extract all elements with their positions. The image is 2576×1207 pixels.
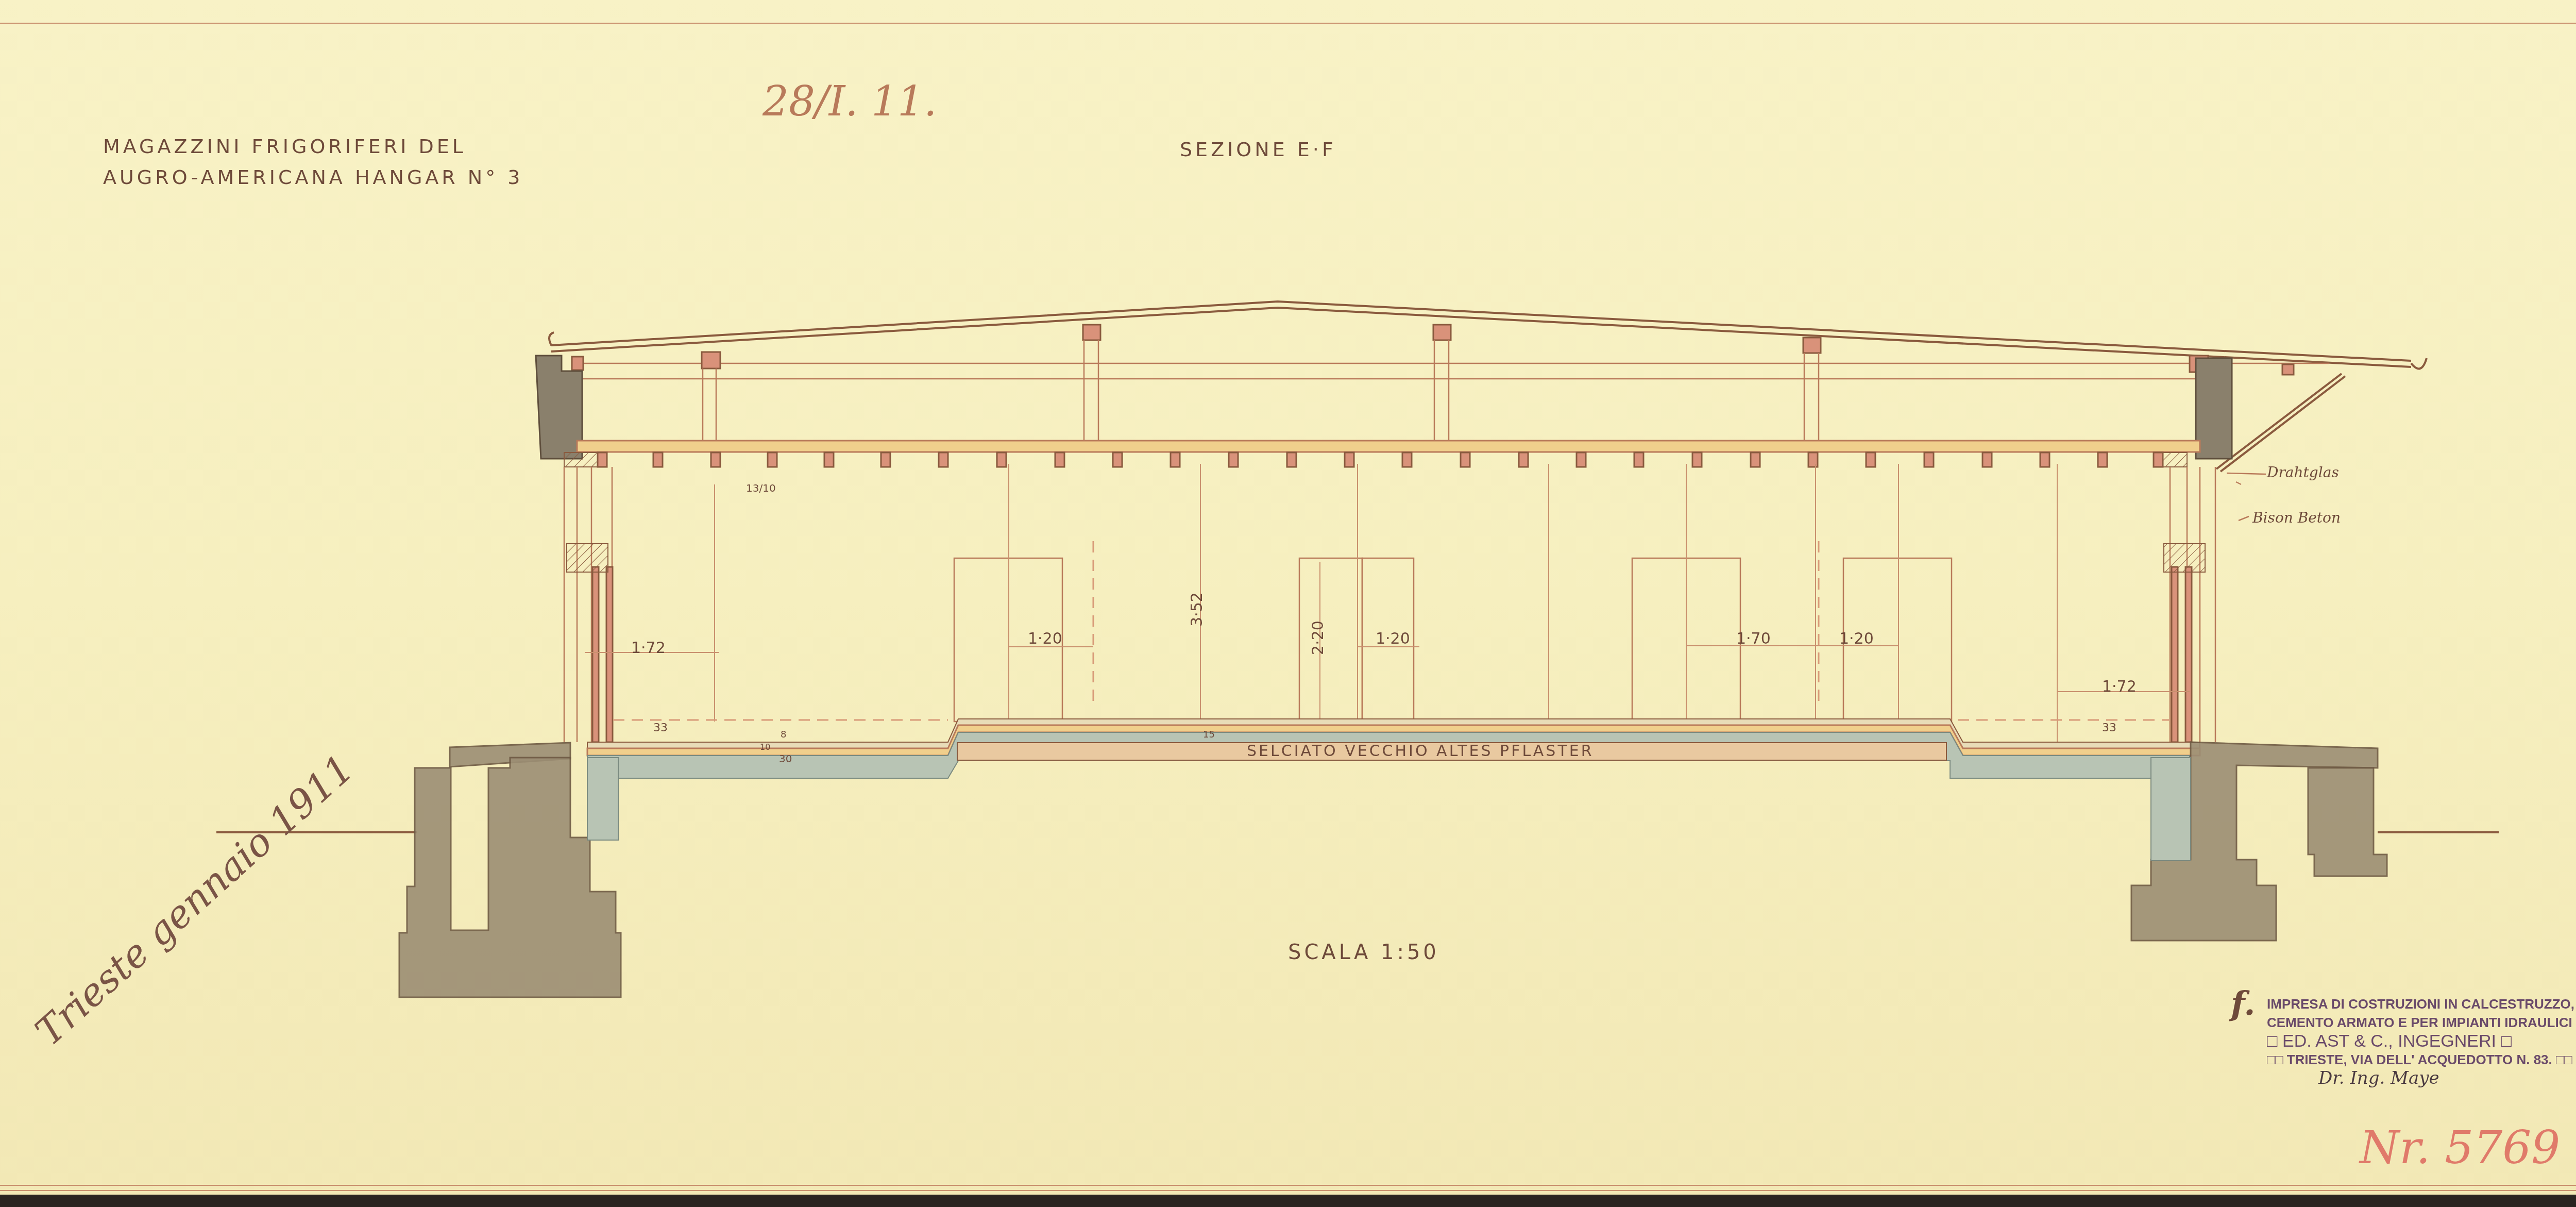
dim-floor-rise-right: 33 [2102, 722, 2116, 734]
label-selciato: SELCIATO VECCHIO ALTES PFLASTER [1247, 742, 1594, 760]
company-stamp: f. IMPRESA DI COSTRUZIONI IN CALCESTRUZZ… [2267, 995, 2574, 1087]
inventory-number: Nr. 5769 b/gr [2360, 1121, 2576, 1174]
dim-layer-base-left: 30 [779, 752, 792, 765]
ceiling-slab [564, 441, 2200, 467]
stamp-line-3: □ ED. AST & C., INGEGNERI □ [2267, 1032, 2574, 1050]
dim-layer-top: 8 [781, 729, 786, 740]
stamp-line-4: □□ TRIESTE, VIA DELL' ACQUEDOTTO N. 83. … [2267, 1050, 2574, 1069]
title-line-1: MAGAZZINI FRIGORIFERI DEL [103, 135, 466, 158]
ceiling-joists [598, 452, 2163, 467]
stamp-line-2: CEMENTO ARMATO E PER IMPIANTI IDRAULICI [2267, 1013, 2574, 1032]
stamp-signature: Dr. Ing. Maye [2267, 1069, 2574, 1087]
stamp-initial: f. [2231, 995, 2256, 1013]
right-foundation [2131, 742, 2387, 941]
scale-label: SCALA 1:50 [1288, 941, 1439, 964]
archive-date-note: 28/I. 11. [762, 77, 937, 125]
dim-layer-base-center: 15 [1203, 729, 1215, 740]
dim-left-bay: 1·72 [631, 639, 666, 657]
dim-door-width-1: 1·20 [1028, 630, 1062, 648]
dim-floor-rise-left: 33 [653, 722, 668, 734]
left-foundation [399, 743, 621, 997]
dim-right-bay: 1·72 [2102, 678, 2137, 696]
door-openings [954, 558, 1952, 722]
dim-door-width-4: 1·20 [1839, 630, 1874, 648]
stamp-line-1: IMPRESA DI COSTRUZIONI IN CALCESTRUZZO, [2267, 995, 2574, 1013]
grid-lines [715, 464, 2057, 742]
section-title: SEZIONE E·F [1180, 138, 1336, 161]
dim-door-height: 2·20 [1309, 621, 1327, 655]
label-drahtglas: Drahtglas [2267, 464, 2339, 481]
title-line-2: AUGRO-AMERICANA HANGAR N° 3 [103, 166, 523, 189]
dim-layer-mid: 10 [760, 742, 770, 752]
dim-door-width-3: 1·70 [1736, 630, 1771, 648]
dim-clear-height: 3·52 [1188, 592, 1206, 627]
label-beam-spacing: 13/10 [746, 482, 776, 494]
side-walls [564, 467, 2215, 742]
label-bison-beton: Bison Beton [2252, 509, 2341, 526]
dim-door-width-2: 1·20 [1376, 630, 1410, 648]
